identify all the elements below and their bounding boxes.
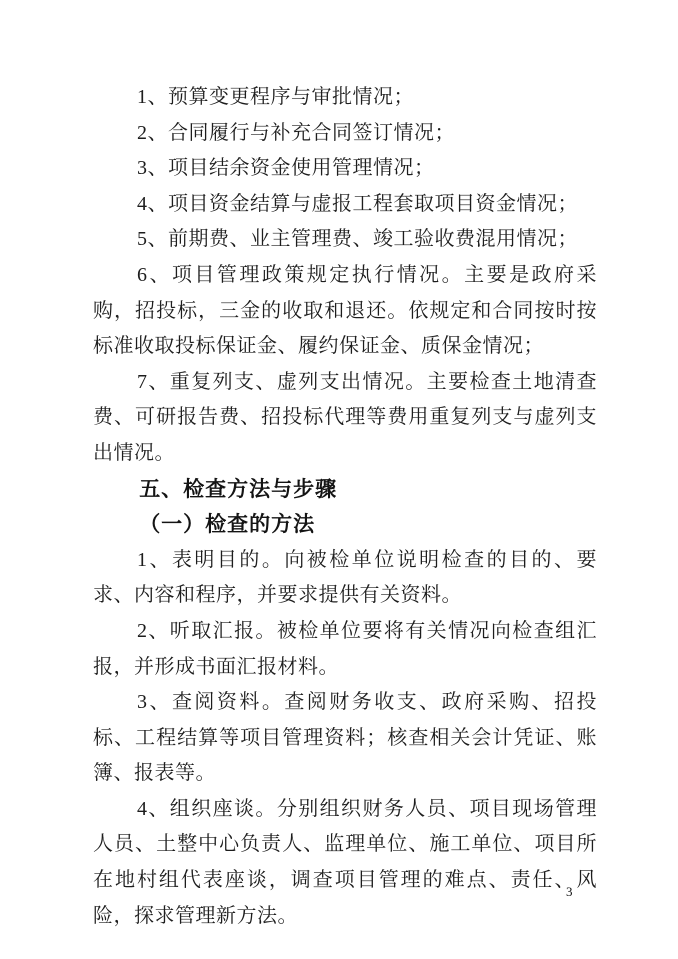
body-paragraph: 4、组织座谈。分别组织财务人员、项目现场管理人员、土整中心负责人、监理单位、施工… bbox=[93, 792, 597, 934]
body-paragraph: 6、项目管理政策规定执行情况。主要是政府采购，招投标，三金的收取和退还。依规定和… bbox=[93, 258, 597, 365]
body-paragraph: 2、合同履行与补充合同签订情况； bbox=[93, 116, 597, 152]
body-paragraph: 1、预算变更程序与审批情况； bbox=[93, 80, 597, 116]
body-paragraph: 5、前期费、业主管理费、竣工验收费混用情况； bbox=[93, 222, 597, 258]
page-number: 3 bbox=[566, 883, 573, 901]
body-paragraph: 7、重复列支、虚列支出情况。主要检查土地清查费、可研报告费、招投标代理等费用重复… bbox=[93, 365, 597, 472]
body-paragraph: 2、听取汇报。被检单位要将有关情况向检查组汇报，并形成书面汇报材料。 bbox=[93, 614, 597, 685]
body-paragraph: 1、表明目的。向被检单位说明检查的目的、要求、内容和程序，并要求提供有关资料。 bbox=[93, 543, 597, 614]
section-heading: （一）检查的方法 bbox=[93, 507, 597, 543]
body-paragraph: 4、项目资金结算与虚报工程套取项目资金情况； bbox=[93, 187, 597, 223]
body-paragraph: 3、查阅资料。查阅财务收支、政府采购、招投标、工程结算等项目管理资料；核查相关会… bbox=[93, 685, 597, 792]
document-body: 1、预算变更程序与审批情况；2、合同履行与补充合同签订情况；3、项目结余资金使用… bbox=[93, 80, 597, 934]
document-page: 1、预算变更程序与审批情况；2、合同履行与补充合同签订情况；3、项目结余资金使用… bbox=[0, 0, 678, 959]
body-paragraph: 3、项目结余资金使用管理情况； bbox=[93, 151, 597, 187]
section-heading: 五、检查方法与步骤 bbox=[93, 472, 597, 508]
